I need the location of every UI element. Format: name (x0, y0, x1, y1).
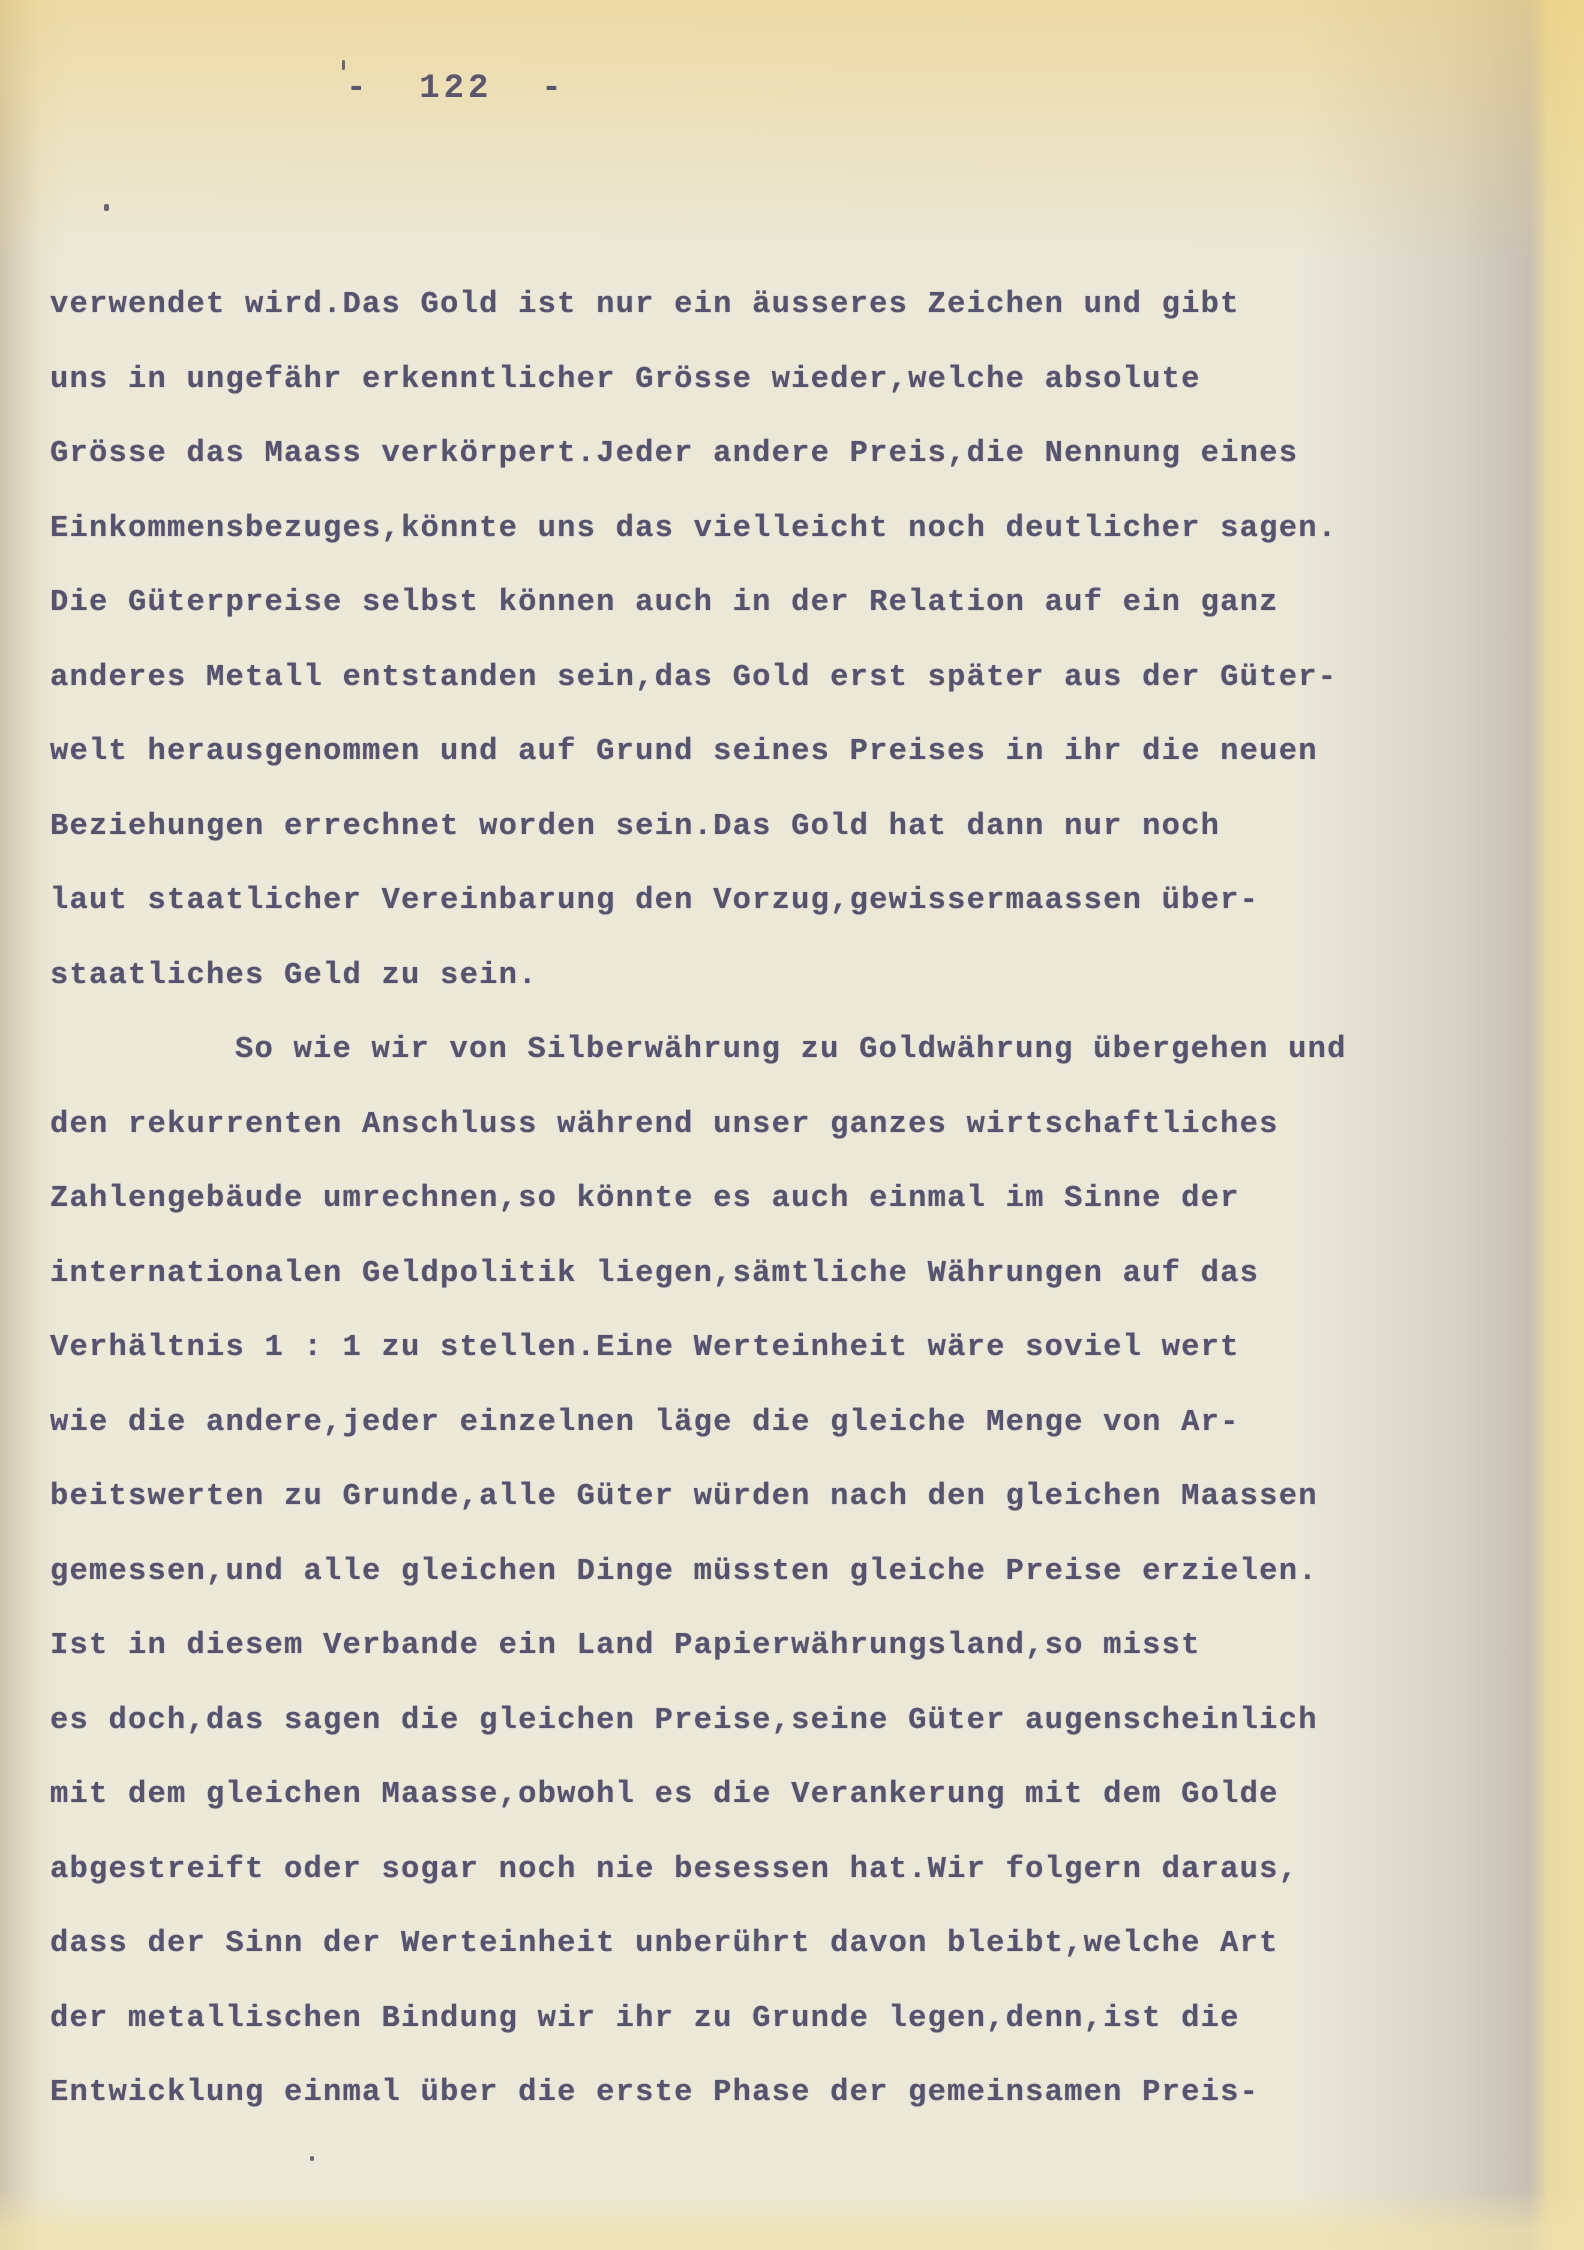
text-line: mit dem gleichen Maasse,obwohl es die Ve… (50, 1780, 1540, 1855)
text-line: den rekurrenten Anschluss während unser … (50, 1110, 1540, 1185)
ink-speck (342, 60, 345, 70)
text-line: es doch,das sagen die gleichen Preise,se… (50, 1706, 1540, 1781)
text-line: der metallischen Bindung wir ihr zu Grun… (50, 2004, 1540, 2079)
text-line: Grösse das Maass verkörpert.Jeder andere… (50, 439, 1540, 514)
text-line: dass der Sinn der Werteinheit unberührt … (50, 1929, 1540, 2004)
text-line: uns in ungefähr erkenntlicher Grösse wie… (50, 365, 1540, 440)
text-line: laut staatlicher Vereinbarung den Vorzug… (50, 886, 1540, 961)
text-line: internationalen Geldpolitik liegen,sämtl… (50, 1259, 1540, 1334)
text-line: staatliches Geld zu sein. (50, 961, 1540, 1036)
text-line: Verhältnis 1 : 1 zu stellen.Eine Wertein… (50, 1333, 1540, 1408)
text-line: abgestreift oder sogar noch nie besessen… (50, 1855, 1540, 1930)
text-line: Die Güterpreise selbst können auch in de… (50, 588, 1540, 663)
text-line: Zahlengebäude umrechnen,so könnte es auc… (50, 1184, 1540, 1259)
text-line: wie die andere,jeder einzelnen läge die … (50, 1408, 1540, 1483)
text-line: Entwicklung einmal über die erste Phase … (50, 2078, 1540, 2153)
text-line: anderes Metall entstanden sein,das Gold … (50, 663, 1540, 738)
text-line: Ist in diesem Verbande ein Land Papierwä… (50, 1631, 1540, 1706)
scanned-typewritten-page: - 122 - verwendet wird.Das Gold ist nur … (0, 0, 1584, 2250)
ink-speck (104, 204, 109, 211)
body-text: verwendet wird.Das Gold ist nur ein äuss… (50, 290, 1540, 2153)
text-line: welt herausgenommen und auf Grund seines… (50, 737, 1540, 812)
text-line: Einkommensbezuges,könnte uns das viellei… (50, 514, 1540, 589)
paragraph-start-line: So wie wir von Silberwährung zu Goldwähr… (50, 1035, 1540, 1110)
ink-speck (310, 2156, 314, 2161)
text-line: verwendet wird.Das Gold ist nur ein äuss… (50, 290, 1540, 365)
page-number: - 122 - (346, 70, 566, 108)
text-line: beitswerten zu Grunde,alle Güter würden … (50, 1482, 1540, 1557)
text-line: gemessen,und alle gleichen Dinge müssten… (50, 1557, 1540, 1632)
text-line: Beziehungen errechnet worden sein.Das Go… (50, 812, 1540, 887)
